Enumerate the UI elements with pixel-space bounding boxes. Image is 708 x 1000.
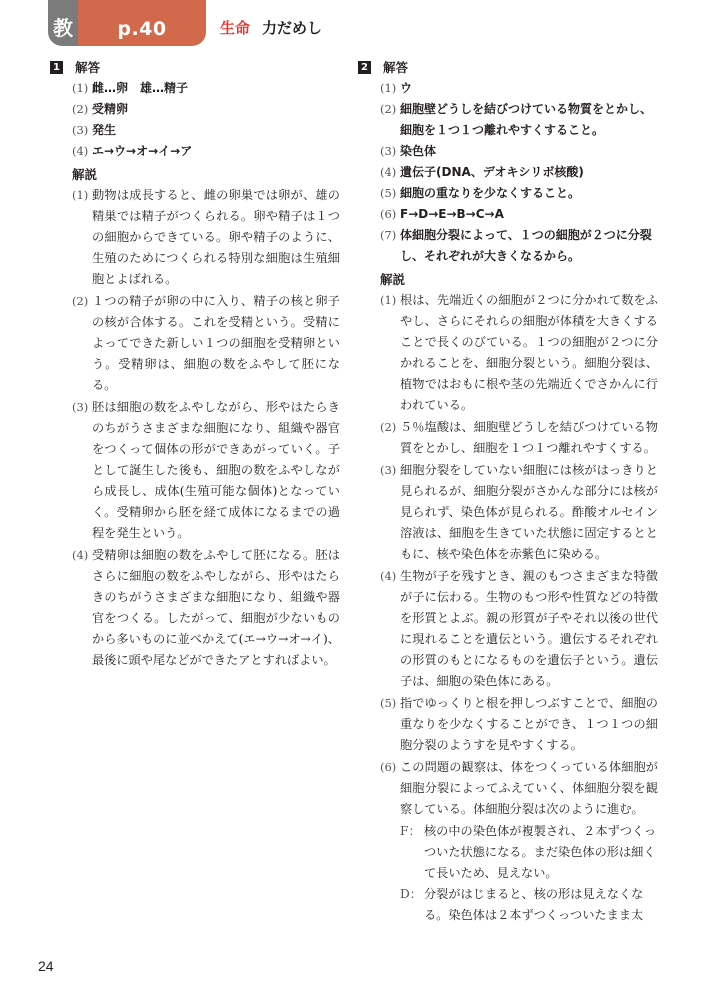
explanation-number: (6) xyxy=(380,757,400,820)
answer-text: 細胞壁どうしを結びつけている物質をとかし、細胞を１つ１つ離れやすくすること。 xyxy=(400,99,658,141)
mitosis-step-d: D：分裂がはじまると、核の形は見えなくなる。染色体は２本ずつくっついたまま太 xyxy=(400,884,658,926)
answer-item: (2)細胞壁どうしを結びつけている物質をとかし、細胞を１つ１つ離れやすくすること… xyxy=(380,99,658,141)
answer-number: (4) xyxy=(72,141,92,162)
answer-item: (4)遺伝子(DNA、デオキシリボ核酸) xyxy=(380,162,658,183)
answer-number: (2) xyxy=(72,99,92,120)
explanation-item: (5)指でゆっくりと根を押しつぶすことで、細胞の重なりを少なくすることができ、１… xyxy=(380,693,658,756)
mitosis-step-f: F：核の中の染色体が複製され、２本ずつくっついた状態になる。まだ染色体の形は細く… xyxy=(400,821,658,884)
explanation-item: (4)受精卵は細胞の数をふやして胚になる。胚はさらに細胞の数をふやしながら、形や… xyxy=(72,545,340,671)
answer-text: エ→ウ→オ→イ→ア xyxy=(92,141,192,162)
answer-text: 体細胞分裂によって、１つの細胞が２つに分裂し、それぞれが大きくなるから。 xyxy=(400,225,658,267)
answer-item: (6)F→D→E→B→C→A xyxy=(380,204,658,225)
explanation-number: (4) xyxy=(380,566,400,692)
explanation-text: 受精卵は細胞の数をふやして胚になる。胚はさらに細胞の数をふやしながら、形やはたら… xyxy=(92,545,340,671)
question-number-badge: 1 xyxy=(50,61,63,74)
step-label: F： xyxy=(400,821,424,884)
explanation-item: (4)生物が子を残すとき、親のもつさまざまな特徴が子に伝わる。生物のもつ形や性質… xyxy=(380,566,658,692)
explanation-number: (3) xyxy=(380,460,400,565)
textbook-page-tab: 教 p.40 xyxy=(48,0,206,46)
answer-item: (4)エ→ウ→オ→イ→ア xyxy=(72,141,340,162)
page-header: 教 p.40 生命 力だめし xyxy=(48,0,608,46)
answer-item: (5)細胞の重なりを少なくすること。 xyxy=(380,183,658,204)
explanation-number: (4) xyxy=(72,545,92,671)
explanation-text: 動物は成長すると、雌の卵巣では卵が、雄の精巣では精子がつくられる。卵や精子は１つ… xyxy=(92,185,340,290)
step-label: D： xyxy=(400,884,424,926)
answer-number: (2) xyxy=(380,99,400,141)
answer-item: (3)染色体 xyxy=(380,141,658,162)
answer-number: (3) xyxy=(380,141,400,162)
section-2-heading: 2 解答 xyxy=(358,56,658,78)
answer-text: 雌…卵 雄…精子 xyxy=(92,78,188,99)
explanation-number: (1) xyxy=(72,185,92,290)
explanation-text: この問題の観察は、体をつくっている体細胞が細胞分裂によってふえていく、体細胞分裂… xyxy=(400,757,658,820)
answer-list: (1)雌…卵 雄…精子 (2)受精卵 (3)発生 (4)エ→ウ→オ→イ→ア xyxy=(72,78,340,162)
answer-list: (1)ウ (2)細胞壁どうしを結びつけている物質をとかし、細胞を１つ１つ離れやす… xyxy=(380,78,658,267)
answer-item: (1)ウ xyxy=(380,78,658,99)
explanation-item: (1)根は、先端近くの細胞が２つに分かれて数をふやし、さらにそれらの細胞が体積を… xyxy=(380,290,658,416)
answer-number: (5) xyxy=(380,183,400,204)
section-1-heading: 1 解答 xyxy=(50,56,340,78)
explanation-item: (3)胚は細胞の数をふやしながら、形やはたらきのちがうさまざまな細胞になり、組織… xyxy=(72,397,340,544)
section-2: 2 解答 (1)ウ (2)細胞壁どうしを結びつけている物質をとかし、細胞を１つ１… xyxy=(358,56,658,926)
step-text: 分裂がはじまると、核の形は見えなくなる。染色体は２本ずつくっついたまま太 xyxy=(424,884,658,926)
answer-text: 受精卵 xyxy=(92,99,128,120)
explanation-text: 生物が子を残すとき、親のもつさまざまな特徴が子に伝わる。生物のもつ形や性質などの… xyxy=(400,566,658,692)
section-1: 1 解答 (1)雌…卵 雄…精子 (2)受精卵 (3)発生 (4)エ→ウ→オ→イ… xyxy=(50,56,340,672)
explanation-label: 解説 xyxy=(380,269,658,290)
explanation-text: 根は、先端近くの細胞が２つに分かれて数をふやし、さらにそれらの細胞が体積を大きく… xyxy=(400,290,658,416)
answer-text: 染色体 xyxy=(400,141,436,162)
answer-text: F→D→E→B→C→A xyxy=(400,204,504,225)
answer-number: (4) xyxy=(380,162,400,183)
explanation-text: １つの精子が卵の中に入り、精子の核と卵子の核が合体する。これを受精という。受精に… xyxy=(92,291,340,396)
answer-number: (6) xyxy=(380,204,400,225)
page-reference: p.40 xyxy=(78,0,206,46)
explanation-item: (2)５％塩酸は、細胞壁どうしを結びつけている物質をとかし、細胞を１つ１つ離れや… xyxy=(380,417,658,459)
answer-text: 細胞の重なりを少なくすること。 xyxy=(400,183,580,204)
question-number-badge: 2 xyxy=(358,61,371,74)
page-number: 24 xyxy=(38,958,54,974)
answer-item: (7)体細胞分裂によって、１つの細胞が２つに分裂し、それぞれが大きくなるから。 xyxy=(380,225,658,267)
answer-number: (7) xyxy=(380,225,400,267)
answer-text: 遺伝子(DNA、デオキシリボ核酸) xyxy=(400,162,584,183)
explanation-text: ５％塩酸は、細胞壁どうしを結びつけている物質をとかし、細胞を１つ１つ離れやすくす… xyxy=(400,417,658,459)
explanation-item: (3)細胞分裂をしていない細胞には核がはっきりと見られるが、細胞分裂がさかんな部… xyxy=(380,460,658,565)
answer-label: 解答 xyxy=(75,57,100,78)
answer-item: (2)受精卵 xyxy=(72,99,340,120)
explanation-text: 細胞分裂をしていない細胞には核がはっきりと見られるが、細胞分裂がさかんな部分には… xyxy=(400,460,658,565)
explanation-item: (2)１つの精子が卵の中に入り、精子の核と卵子の核が合体する。これを受精という。… xyxy=(72,291,340,396)
answer-number: (1) xyxy=(72,78,92,99)
explanation-number: (5) xyxy=(380,693,400,756)
explanation-number: (1) xyxy=(380,290,400,416)
answer-number: (3) xyxy=(72,120,92,141)
answer-text: ウ xyxy=(400,78,412,99)
answer-text: 発生 xyxy=(92,120,116,141)
explanation-label: 解説 xyxy=(72,164,340,185)
explanation-item: (1)動物は成長すると、雌の卵巣では卵が、雄の精巣では精子がつくられる。卵や精子… xyxy=(72,185,340,290)
explanation-list: (1)根は、先端近くの細胞が２つに分かれて数をふやし、さらにそれらの細胞が体積を… xyxy=(380,290,658,926)
textbook-label: 教 xyxy=(48,0,78,46)
explanation-text: 指でゆっくりと根を押しつぶすことで、細胞の重なりを少なくすることができ、１つ１つ… xyxy=(400,693,658,756)
explanation-number: (2) xyxy=(72,291,92,396)
explanation-number: (2) xyxy=(380,417,400,459)
answer-label: 解答 xyxy=(383,57,408,78)
page-title: 力だめし xyxy=(262,17,322,38)
explanation-item: (6)この問題の観察は、体をつくっている体細胞が細胞分裂によってふえていく、体細… xyxy=(380,757,658,820)
answer-number: (1) xyxy=(380,78,400,99)
step-text: 核の中の染色体が複製され、２本ずつくっついた状態になる。まだ染色体の形は細くて長… xyxy=(424,821,658,884)
subject-label: 生命 xyxy=(220,17,250,38)
explanation-list: (1)動物は成長すると、雌の卵巣では卵が、雄の精巣では精子がつくられる。卵や精子… xyxy=(72,185,340,671)
answer-item: (3)発生 xyxy=(72,120,340,141)
explanation-text: 胚は細胞の数をふやしながら、形やはたらきのちがうさまざまな細胞になり、組織や器官… xyxy=(92,397,340,544)
explanation-number: (3) xyxy=(72,397,92,544)
answer-item: (1)雌…卵 雄…精子 xyxy=(72,78,340,99)
